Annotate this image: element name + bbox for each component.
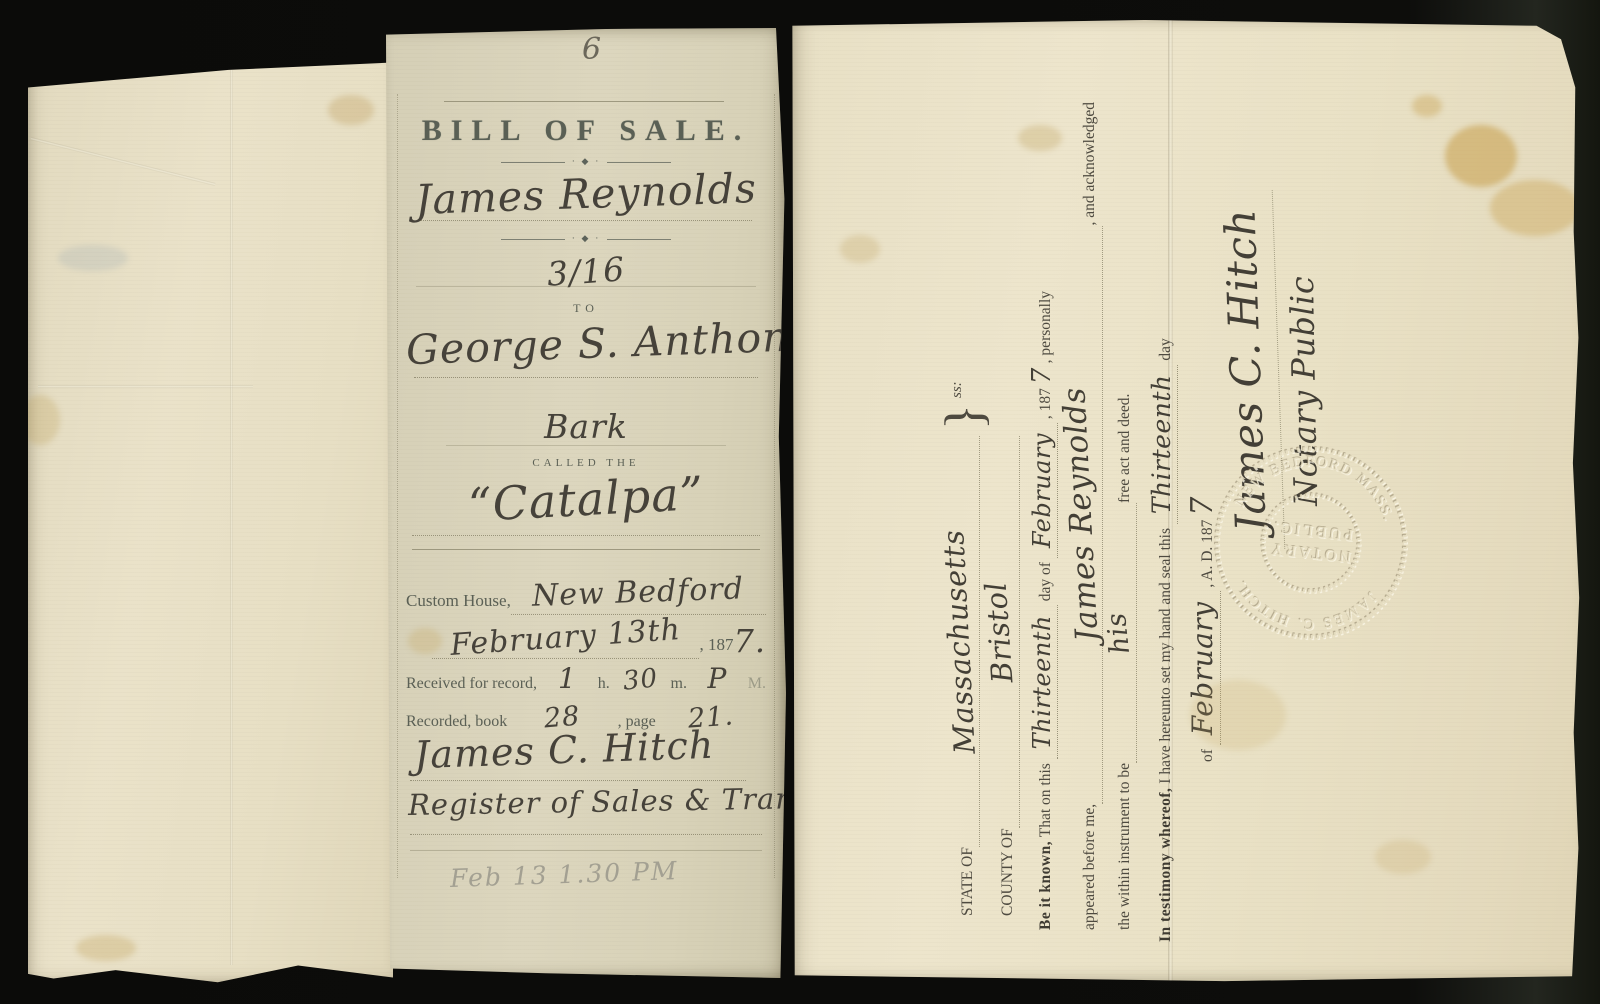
rule <box>410 834 762 835</box>
to-label: TO <box>406 301 766 316</box>
rule <box>412 549 760 550</box>
meridiem-value: P <box>707 662 727 695</box>
min-value: 30 <box>621 663 659 697</box>
rule <box>410 780 746 781</box>
stain <box>1490 180 1580 236</box>
free-act-label: free act and deed. <box>1116 394 1134 503</box>
register-signature-row: James C. Hitch <box>414 728 766 772</box>
acknowledged-label: , and acknowledged <box>1081 102 1099 226</box>
paper-texture <box>28 55 393 985</box>
of-label: of <box>1199 749 1216 762</box>
stain <box>1375 840 1431 874</box>
seller-name-row: James Reynolds <box>406 170 766 218</box>
testimony-bold: In testimony whereof, <box>1157 788 1174 942</box>
state-value: Massachusetts <box>936 529 982 755</box>
seal-outer-ring <box>1208 440 1415 647</box>
rule <box>410 850 762 851</box>
h-label: h. <box>598 675 610 693</box>
stain <box>20 395 60 445</box>
register-signature: James C. Hitch <box>413 723 715 777</box>
embossed-notary-seal: JAMES C. HITCH. NEW BEDFORD MASS. NOTARY… <box>1198 430 1424 656</box>
hour-line: 1 <box>537 662 598 695</box>
date-row: February 13th , 187 7. <box>406 620 766 659</box>
custom-house-line: New Bedford <box>511 579 766 615</box>
instrument-label: the within instrument to be <box>1116 763 1134 930</box>
custom-house-value: New Bedford <box>532 571 745 613</box>
custom-house-row: Custom House, New Bedford <box>406 579 766 615</box>
rule <box>444 101 724 102</box>
testimony-row: In testimony whereof, I have hereunto se… <box>1147 92 1176 942</box>
year-value: 7. <box>733 622 766 660</box>
m2-label: M. <box>748 675 766 693</box>
day-label: day <box>1157 338 1174 360</box>
notary-panel: STATE OF Massachusetts } ss: COUNTY OF B… <box>790 20 1580 983</box>
ornament-glyph: · ◆ · <box>572 157 600 167</box>
m-label: m. <box>671 675 687 693</box>
seal-day-value: Thirteenth <box>1147 365 1178 525</box>
received-row: Received for record, 1 h. 30 m. P M. <box>406 662 766 695</box>
year-value: 7 <box>1027 367 1057 384</box>
stain <box>408 628 442 654</box>
blank-left-panel <box>28 55 393 985</box>
rule <box>420 220 752 221</box>
rule <box>412 535 760 536</box>
person-line: James Reynolds <box>1066 226 1103 804</box>
seal-ring-text-bottom: NEW BEDFORD MASS. <box>1231 446 1403 526</box>
register-title-row: Register of Sales & Transfers <box>408 784 766 818</box>
seal-ring-text-top: JAMES C. HITCH. <box>1228 575 1381 639</box>
seal-graphic: JAMES C. HITCH. NEW BEDFORD MASS. NOTARY… <box>1198 430 1424 656</box>
rule <box>446 445 726 446</box>
ss-label: ss: <box>949 381 966 398</box>
county-line: Bristol <box>985 436 1020 828</box>
day-of-label: day of <box>1037 562 1054 601</box>
known-bold: Be it known, <box>1037 841 1054 930</box>
instrument-row: the within instrument to be his free act… <box>1105 158 1137 930</box>
state-line: Massachusetts <box>945 436 980 847</box>
year-printed: , 187 <box>1037 388 1054 419</box>
stain <box>1018 125 1062 151</box>
buyer-name-row: George S. Anthony <box>406 319 766 367</box>
seal-center-line2: PUBLIC. <box>1271 518 1354 543</box>
appeared-label: appeared before me, <box>1081 804 1099 930</box>
testimony-rest: I have hereunto set my hand and seal thi… <box>1157 528 1174 784</box>
stain <box>1412 95 1442 117</box>
pencil-note: Feb 13 1.30 PM <box>450 856 679 893</box>
buyer-name: George S. Anthony <box>405 312 814 374</box>
docket-panel: 6 BILL OF SALE. · ◆ · James Reynolds · ◆… <box>386 28 786 978</box>
vessel-type-row: Bark <box>406 407 766 446</box>
county-row: COUNTY OF Bristol <box>985 436 1020 916</box>
meridiem-line: P <box>687 662 748 695</box>
seller-name: James Reynolds <box>414 164 757 224</box>
share-fraction: 3/16 <box>546 249 627 293</box>
seal-center-line1: NOTARY <box>1268 540 1352 566</box>
year-printed: , 187 <box>699 635 733 655</box>
fold-crease <box>230 70 233 965</box>
be-it-known-row: Be it known, That on this Thirteenth day… <box>1027 94 1057 930</box>
appeared-row: appeared before me, James Reynolds , and… <box>1066 102 1103 930</box>
personally-label: , personally <box>1037 291 1054 363</box>
page-number: 6 <box>582 32 601 67</box>
scanned-document: 6 BILL OF SALE. · ◆ · James Reynolds · ◆… <box>0 0 1600 1004</box>
his-line: his <box>1105 503 1137 763</box>
stain <box>328 95 374 125</box>
day-value: Thirteenth <box>1028 605 1058 759</box>
known-rest: That on this <box>1037 763 1054 837</box>
received-label: Received for record, <box>406 675 537 693</box>
date-value: February 13th <box>449 612 682 663</box>
vessel-name-row: “Catalpa” <box>406 472 766 526</box>
hour-value: 1 <box>558 662 577 695</box>
stain <box>58 245 128 271</box>
brace-glyph: } <box>937 404 991 430</box>
state-label: STATE OF <box>959 847 977 916</box>
called-the-label: CALLED THE <box>406 457 766 469</box>
month-value: February <box>1028 423 1058 558</box>
vessel-type: Bark <box>544 407 628 446</box>
stain <box>1190 680 1286 750</box>
stain <box>76 935 136 961</box>
rule <box>414 377 758 378</box>
stain <box>840 235 880 263</box>
county-label: COUNTY OF <box>999 828 1017 916</box>
ornament-glyph: · ◆ · <box>572 234 600 244</box>
his-value: his <box>1101 611 1136 655</box>
person-value: James Reynolds <box>1056 386 1105 642</box>
fold-crease <box>30 137 215 186</box>
county-value: Bristol <box>979 580 1020 683</box>
stain <box>1445 125 1517 187</box>
divider-ornament: · ◆ · <box>406 234 766 244</box>
rule <box>416 286 756 287</box>
fold-crease <box>38 385 253 388</box>
docket-title: BILL OF SALE. <box>406 114 766 148</box>
custom-house-label: Custom House, <box>406 591 511 611</box>
date-line: February 13th <box>432 623 699 659</box>
pencil-note-row: Feb 13 1.30 PM <box>450 860 766 889</box>
state-row: STATE OF Massachusetts <box>945 436 980 916</box>
minutes-line: 30 <box>610 665 671 695</box>
vessel-name: “Catalpa” <box>467 466 706 532</box>
